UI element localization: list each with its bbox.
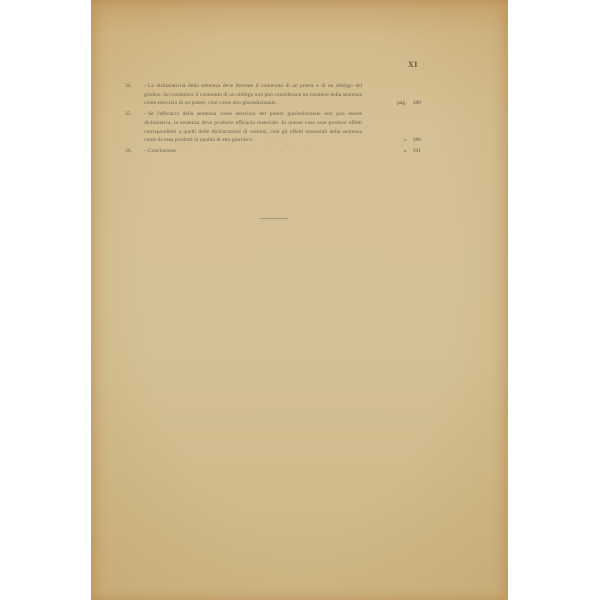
toc-entry-number: 35. [125, 110, 141, 119]
section-divider [260, 218, 288, 219]
toc-entry-page: pag.180 [367, 99, 421, 108]
toc-entry: 36. -Conclusione . . . . . . . . . . . »… [125, 147, 421, 156]
page-folio: XI [408, 60, 418, 69]
page-number: 180 [413, 100, 421, 106]
book-page: XI 34. -La dichiaratività della sentenza… [91, 0, 508, 600]
toc-entry-page: »191 [367, 147, 421, 156]
page-prefix: » [404, 148, 407, 154]
dot-leader: . . . [277, 100, 309, 106]
table-of-contents: 34. -La dichiaratività della sentenza de… [125, 82, 421, 159]
page-number: 191 [413, 148, 421, 154]
page-prefix: pag. [397, 100, 406, 106]
dash: - [144, 83, 146, 89]
toc-entry-number: 34. [125, 82, 141, 91]
page-prefix: » [404, 137, 407, 143]
toc-entry: 34. -La dichiaratività della sentenza de… [125, 82, 421, 108]
toc-entry-text: Conclusione [148, 148, 176, 154]
dash: - [144, 148, 146, 154]
page-number: 186 [413, 137, 421, 143]
dot-leader: . . . . . . . . . . . [177, 148, 311, 154]
toc-entry-text: La dichiaratività della sentenza deve fo… [144, 83, 362, 106]
toc-entry-text-block: -Se l'efficacia della sentenza come eser… [144, 110, 362, 144]
toc-entry: 35. -Se l'efficacia della sentenza come … [125, 110, 421, 144]
dash: - [144, 111, 146, 117]
toc-entry-text-block: -Conclusione . . . . . . . . . . . [144, 147, 362, 156]
toc-entry-text-block: -La dichiaratività della sentenza deve f… [144, 82, 362, 108]
dot-leader: . . . [254, 137, 286, 143]
toc-entry-number: 36. [125, 147, 141, 156]
toc-entry-page: »186 [367, 136, 421, 145]
